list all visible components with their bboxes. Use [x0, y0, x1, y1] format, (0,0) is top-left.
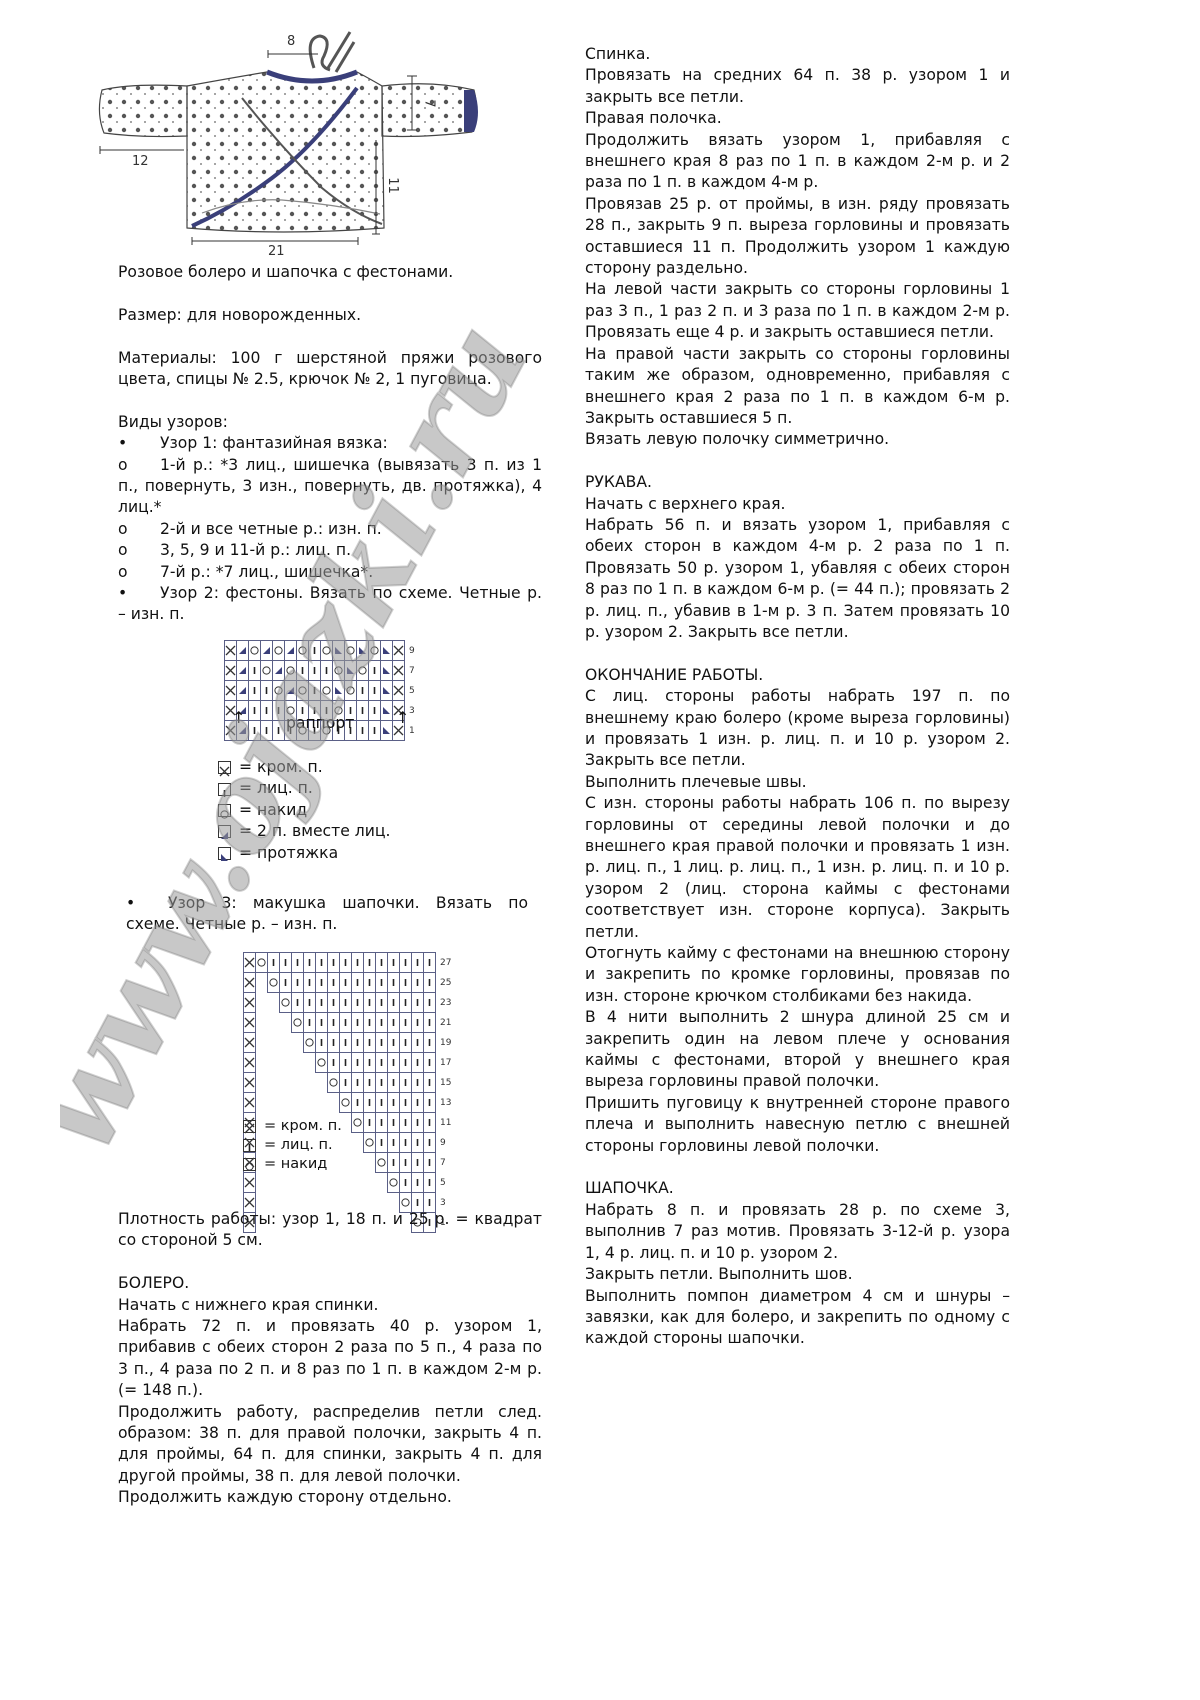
edge-stitch-icon — [393, 681, 405, 701]
knit-stitch-icon — [412, 1053, 424, 1073]
knit-stitch-icon — [424, 1173, 436, 1193]
right-front-paragraphs: Продолжить вязать узором 1, прибавляя с … — [585, 130, 1010, 451]
knit-stitch-icon — [400, 1113, 412, 1133]
legend-item: = протяжка — [218, 843, 390, 864]
right-front-heading: Правая полочка. — [585, 108, 1010, 129]
row-number: 15 — [436, 1073, 455, 1093]
knit-stitch-icon — [340, 973, 352, 993]
row-number: 17 — [436, 1053, 455, 1073]
yarn-over-icon — [285, 661, 297, 681]
ssk-icon — [357, 641, 369, 661]
pattern3-block: •Узор 3: макушка шапочки. Вязать по схем… — [126, 893, 528, 936]
knit-stitch-icon — [316, 1013, 328, 1033]
yarn-over-icon — [345, 641, 357, 661]
sub-bullet-icon: o — [118, 519, 160, 540]
knit-stitch-icon — [243, 1139, 256, 1152]
ssk-icon — [381, 641, 393, 661]
row-number: 9 — [405, 641, 424, 661]
knit-stitch-icon — [424, 1033, 436, 1053]
sub-bullet-icon: o — [118, 562, 160, 583]
k2tog-icon — [285, 681, 297, 701]
knit-stitch-icon — [424, 1093, 436, 1113]
knit-stitch-icon — [364, 1113, 376, 1133]
knit-stitch-icon — [400, 993, 412, 1013]
edge-stitch-icon — [244, 1173, 256, 1193]
pattern-list-item: o3, 5, 9 и 11-й р.: лиц. п. — [118, 540, 542, 561]
sleeves-heading: РУКАВА. — [585, 472, 1010, 493]
finishing-paragraphs: С лиц. стороны работы набрать 197 п. по … — [585, 686, 1010, 1157]
pattern3-text: •Узор 3: макушка шапочки. Вязать по схем… — [126, 893, 528, 936]
knit-stitch-icon — [424, 1153, 436, 1173]
row-number: 23 — [436, 993, 455, 1013]
yarn-over-icon — [357, 661, 369, 681]
knit-stitch-icon — [364, 1013, 376, 1033]
bolero-block: Плотность работы: узор 1, 18 п. и 25 р. … — [118, 1209, 542, 1509]
knit-stitch-icon — [376, 1113, 388, 1133]
paragraph: С изн. стороны работы набрать 106 п. по … — [585, 793, 1010, 943]
yarn-over-icon — [218, 804, 231, 817]
knit-stitch-icon — [369, 661, 381, 681]
knit-stitch-icon — [352, 1053, 364, 1073]
knit-stitch-icon — [400, 1093, 412, 1113]
paragraph: Набрать 72 п. и провязать 40 р. узором 1… — [118, 1316, 542, 1402]
yarn-over-icon — [292, 1013, 304, 1033]
rapport-label: раппорт — [286, 714, 354, 732]
knit-stitch-icon — [357, 681, 369, 701]
paragraph: Провязать на средних 64 п. 38 р. узором … — [585, 65, 1010, 108]
pattern-list-item: o2-й и все четные р.: изн. п. — [118, 519, 542, 540]
k2tog-icon — [273, 661, 285, 681]
bullet-icon: • — [118, 583, 160, 604]
k2tog-icon — [285, 641, 297, 661]
knit-stitch-icon — [376, 1073, 388, 1093]
bolero-illustration: 8 7 12 11 21 — [92, 28, 492, 260]
knit-stitch-icon — [376, 1133, 388, 1153]
knit-stitch-icon — [340, 1053, 352, 1073]
knit-stitch-icon — [412, 953, 424, 973]
right-column: Спинка. Провязать на средних 64 п. 38 р.… — [585, 44, 1010, 1350]
yarn-over-icon — [249, 641, 261, 661]
knit-stitch-icon — [376, 1053, 388, 1073]
knit-stitch-icon — [340, 993, 352, 1013]
back-paragraphs: Провязать на средних 64 п. 38 р. узором … — [585, 65, 1010, 108]
yarn-over-icon — [304, 1033, 316, 1053]
dimension-width: 21 — [268, 244, 285, 259]
paragraph: Продолжить вязать узором 1, прибавляя с … — [585, 130, 1010, 194]
knit-stitch-icon — [388, 1153, 400, 1173]
knit-stitch-icon — [309, 661, 321, 681]
knit-stitch-icon — [388, 953, 400, 973]
row-number: 11 — [436, 1113, 455, 1133]
knit-stitch-icon — [400, 1153, 412, 1173]
pattern-list-text: 2-й и все четные р.: изн. п. — [160, 520, 382, 538]
knit-stitch-icon — [297, 661, 309, 681]
knit-stitch-icon — [364, 1093, 376, 1113]
knit-stitch-icon — [424, 1133, 436, 1153]
knit-stitch-icon — [280, 953, 292, 973]
dimension-neck: 8 — [287, 34, 295, 49]
sub-bullet-icon: o — [118, 455, 160, 476]
paragraph: Набрать 56 п. и вязать узором 1, прибавл… — [585, 515, 1010, 643]
knit-stitch-icon — [376, 973, 388, 993]
bolero-paragraphs: Начать с нижнего края спинки.Набрать 72 … — [118, 1295, 542, 1509]
knit-stitch-icon — [388, 1053, 400, 1073]
paragraph: Выполнить помпон диаметром 4 см и шнуры … — [585, 1286, 1010, 1350]
knit-stitch-icon — [400, 1053, 412, 1073]
edge-stitch-icon — [244, 1013, 256, 1033]
knit-stitch-icon — [352, 1033, 364, 1053]
gauge-info: Плотность работы: узор 1, 18 п. и 25 р. … — [118, 1209, 542, 1252]
knit-stitch-icon — [309, 681, 321, 701]
knit-stitch-icon — [412, 993, 424, 1013]
legend-item: = кром. п. — [218, 757, 390, 778]
yarn-over-icon — [273, 641, 285, 661]
knit-stitch-icon — [316, 1033, 328, 1053]
row-number: 7 — [405, 661, 424, 681]
knit-stitch-icon — [388, 993, 400, 1013]
hat-paragraphs: Набрать 8 п. и провязать 28 р. по схеме … — [585, 1200, 1010, 1350]
sleeves-paragraphs: Начать с верхнего края.Набрать 56 п. и в… — [585, 494, 1010, 644]
yarn-over-icon — [333, 661, 345, 681]
edge-stitch-icon — [244, 1093, 256, 1113]
edge-stitch-icon — [393, 641, 405, 661]
knit-stitch-icon — [376, 1093, 388, 1113]
knit-stitch-icon — [309, 641, 321, 661]
k2tog-icon — [218, 825, 231, 838]
knit-stitch-icon — [316, 973, 328, 993]
edge-stitch-icon — [218, 761, 231, 774]
ssk-icon — [218, 847, 231, 860]
knit-stitch-icon — [328, 973, 340, 993]
edge-stitch-icon — [244, 1073, 256, 1093]
yarn-over-icon — [364, 1133, 376, 1153]
row-number: 5 — [436, 1173, 455, 1193]
pattern-list-text: 7-й р.: *7 лиц., шишечка*. — [160, 563, 373, 581]
knit-stitch-icon — [364, 953, 376, 973]
knit-stitch-icon — [328, 953, 340, 973]
knit-stitch-icon — [280, 973, 292, 993]
legend-label: = протяжка — [239, 843, 338, 864]
knit-stitch-icon — [412, 973, 424, 993]
pattern-list-item: o7-й р.: *7 лиц., шишечка*. — [118, 562, 542, 583]
arrow-up-right-icon: ↑ — [396, 708, 409, 727]
legend-item: = накид — [218, 800, 390, 821]
knit-stitch-icon — [352, 953, 364, 973]
knit-stitch-icon — [364, 1073, 376, 1093]
legend-label: = накид — [264, 1155, 327, 1174]
legend-label: = кром. п. — [239, 757, 323, 778]
ssk-icon — [381, 661, 393, 681]
knit-stitch-icon — [340, 1073, 352, 1093]
yarn-over-icon — [345, 681, 357, 701]
legend-item: = лиц. п. — [243, 1136, 342, 1155]
yarn-over-icon — [256, 953, 268, 973]
finishing-heading: ОКОНЧАНИЕ РАБОТЫ. — [585, 665, 1010, 686]
knit-stitch-icon — [388, 1133, 400, 1153]
bolero-heading: БОЛЕРО. — [118, 1273, 542, 1294]
yarn-over-icon — [297, 681, 309, 701]
pattern-list-text: 1-й р.: *3 лиц., шишечка (вывязать 3 п. … — [118, 456, 542, 517]
knit-stitch-icon — [364, 973, 376, 993]
knit-stitch-icon — [400, 1013, 412, 1033]
knit-stitch-icon — [424, 973, 436, 993]
rapport-marker: ↑ раппорт ↑ — [232, 708, 412, 738]
knit-stitch-icon — [424, 1013, 436, 1033]
knit-stitch-icon — [424, 1113, 436, 1133]
knit-stitch-icon — [400, 1133, 412, 1153]
knit-stitch-icon — [376, 1033, 388, 1053]
dimension-body-height: 11 — [385, 177, 400, 194]
edge-stitch-icon — [225, 661, 237, 681]
yarn-over-icon — [243, 1158, 256, 1171]
knit-stitch-icon — [316, 993, 328, 1013]
left-column: Розовое болеро и шапочка с фестонами. Ра… — [118, 262, 542, 626]
knit-stitch-icon — [249, 661, 261, 681]
knit-stitch-icon — [249, 681, 261, 701]
knit-stitch-icon — [400, 1033, 412, 1053]
knit-stitch-icon — [400, 1173, 412, 1193]
knit-stitch-icon — [340, 1033, 352, 1053]
knit-stitch-icon — [352, 1073, 364, 1093]
edge-stitch-icon — [244, 973, 256, 993]
knit-stitch-icon — [424, 993, 436, 1013]
knit-stitch-icon — [304, 973, 316, 993]
knit-stitch-icon — [388, 1073, 400, 1093]
knit-stitch-icon — [369, 681, 381, 701]
edge-stitch-icon — [393, 661, 405, 681]
paragraph: Выполнить плечевые швы. — [585, 772, 1010, 793]
yarn-over-icon — [321, 681, 333, 701]
yarn-over-icon — [316, 1053, 328, 1073]
knit-stitch-icon — [400, 953, 412, 973]
paragraph: Набрать 8 п. и провязать 28 р. по схеме … — [585, 1200, 1010, 1264]
yarn-over-icon — [328, 1073, 340, 1093]
knit-stitch-icon — [328, 1053, 340, 1073]
sub-bullet-icon: o — [118, 540, 160, 561]
legend-item: = 2 п. вместе лиц. — [218, 821, 390, 842]
bullet-icon: • — [118, 433, 160, 454]
ssk-icon — [381, 681, 393, 701]
knit-stitch-icon — [340, 953, 352, 973]
knit-stitch-icon — [292, 953, 304, 973]
knit-stitch-icon — [304, 953, 316, 973]
pattern-list-item: •Узор 2: фестоны. Вязать по схеме. Четны… — [118, 583, 542, 626]
yarn-over-icon — [340, 1093, 352, 1113]
knit-stitch-icon — [304, 993, 316, 1013]
legend-label: = кром. п. — [264, 1117, 342, 1136]
edge-stitch-icon — [244, 1053, 256, 1073]
pattern-list-item: •Узор 1: фантазийная вязка: — [118, 433, 542, 454]
knit-stitch-icon — [292, 973, 304, 993]
edge-stitch-icon — [225, 681, 237, 701]
knit-stitch-icon — [376, 993, 388, 1013]
paragraph: В 4 нити выполнить 2 шнура длиной 25 см … — [585, 1007, 1010, 1093]
knit-stitch-icon — [412, 1033, 424, 1053]
row-number: 27 — [436, 953, 455, 973]
knit-stitch-icon — [412, 1133, 424, 1153]
knit-stitch-icon — [412, 1073, 424, 1093]
row-number: 5 — [405, 681, 424, 701]
knit-stitch-icon — [400, 973, 412, 993]
knit-stitch-icon — [352, 1093, 364, 1113]
pattern-list-item: o1-й р.: *3 лиц., шишечка (вывязать 3 п.… — [118, 455, 542, 519]
yarn-over-icon — [261, 661, 273, 681]
knit-stitch-icon — [424, 953, 436, 973]
hat-crown-chart-legend: = кром. п.= лиц. п.= накид — [243, 1117, 342, 1174]
knit-stitch-icon — [292, 993, 304, 1013]
knit-stitch-icon — [424, 1073, 436, 1093]
pattern-title: Розовое болеро и шапочка с фестонами. — [118, 262, 542, 283]
size-info: Размер: для новорожденных. — [118, 305, 542, 326]
knit-stitch-icon — [352, 1013, 364, 1033]
edge-stitch-icon — [225, 641, 237, 661]
knit-stitch-icon — [412, 1113, 424, 1133]
paragraph: Вязать левую полочку симметрично. — [585, 429, 1010, 450]
hat-crown-chart: 27252321191715131197531 — [243, 952, 455, 1233]
ssk-icon — [333, 641, 345, 661]
yarn-over-icon — [321, 641, 333, 661]
knit-stitch-icon — [364, 1033, 376, 1053]
yarn-over-icon — [376, 1153, 388, 1173]
yarn-over-icon — [297, 641, 309, 661]
paragraph: Начать с верхнего края. — [585, 494, 1010, 515]
paragraph: Отогнуть кайму с фестонами на внешнюю ст… — [585, 943, 1010, 1007]
knit-stitch-icon — [388, 1093, 400, 1113]
k2tog-icon — [237, 661, 249, 681]
paragraph: Начать с нижнего края спинки. — [118, 1295, 542, 1316]
yarn-over-icon — [352, 1113, 364, 1133]
knit-stitch-icon — [376, 953, 388, 973]
materials-info: Материалы: 100 г шерстяной пряжи розовог… — [118, 348, 542, 391]
knit-stitch-icon — [364, 1053, 376, 1073]
row-number: 25 — [436, 973, 455, 993]
paragraph: На правой части закрыть со стороны горло… — [585, 344, 1010, 430]
paragraph: С лиц. стороны работы набрать 197 п. по … — [585, 686, 1010, 772]
edge-stitch-icon — [244, 1033, 256, 1053]
legend-item: = лиц. п. — [218, 778, 390, 799]
patterns-heading: Виды узоров: — [118, 412, 542, 433]
knit-stitch-icon — [321, 661, 333, 681]
ssk-icon — [333, 681, 345, 701]
row-number: 13 — [436, 1093, 455, 1113]
knit-stitch-icon — [316, 953, 328, 973]
paragraph: Продолжить работу, распределив петли сле… — [118, 1402, 542, 1488]
k2tog-icon — [261, 641, 273, 661]
edge-stitch-icon — [243, 1120, 256, 1133]
hat-crown-chart-grid: 27252321191715131197531 — [243, 952, 455, 1233]
knit-stitch-icon — [328, 1033, 340, 1053]
document-page: 8 7 12 11 21 Розовое болеро и шапочка с … — [0, 0, 1200, 1700]
pattern-list-text: 3, 5, 9 и 11-й р.: лиц. п. — [160, 541, 351, 559]
ssk-icon — [345, 661, 357, 681]
edge-stitch-icon — [244, 993, 256, 1013]
pattern-list-text: Узор 2: фестоны. Вязать по схеме. Четные… — [118, 584, 542, 623]
knit-stitch-icon — [352, 973, 364, 993]
paragraph: На левой части закрыть со стороны горлов… — [585, 279, 1010, 343]
legend-label: = лиц. п. — [264, 1136, 333, 1155]
edge-stitch-icon — [244, 953, 256, 973]
knit-stitch-icon — [352, 993, 364, 1013]
dimension-cuff: 7 — [422, 99, 437, 107]
paragraph: Закрыть петли. Выполнить шов. — [585, 1264, 1010, 1285]
hat-heading: ШАПОЧКА. — [585, 1178, 1010, 1199]
knit-stitch-icon — [424, 1053, 436, 1073]
knit-stitch-icon — [328, 993, 340, 1013]
knit-stitch-icon — [388, 1113, 400, 1133]
scallop-chart-legend: = кром. п.= лиц. п.= накид= 2 п. вместе … — [218, 757, 390, 864]
paragraph: Продолжить каждую сторону отдельно. — [118, 1487, 542, 1508]
legend-label: = накид — [239, 800, 307, 821]
paragraph: Провязав 25 р. от проймы, в изн. ряду пр… — [585, 194, 1010, 280]
knit-stitch-icon — [388, 1013, 400, 1033]
arrow-up-left-icon: ↑ — [232, 708, 245, 727]
knit-stitch-icon — [261, 681, 273, 701]
knit-stitch-icon — [268, 953, 280, 973]
pattern-list: •Узор 1: фантазийная вязка:o1-й р.: *3 л… — [118, 433, 542, 626]
yarn-over-icon — [273, 681, 285, 701]
knit-stitch-icon — [412, 1013, 424, 1033]
legend-item: = кром. п. — [243, 1117, 342, 1136]
row-number: 21 — [436, 1013, 455, 1033]
knit-stitch-icon — [388, 973, 400, 993]
yarn-over-icon — [268, 973, 280, 993]
bolero-sketch-icon — [92, 28, 492, 260]
knit-stitch-icon — [328, 1013, 340, 1033]
dimension-sleeve: 12 — [132, 154, 149, 169]
yarn-over-icon — [280, 993, 292, 1013]
back-heading: Спинка. — [585, 44, 1010, 65]
pattern-list-text: Узор 1: фантазийная вязка: — [160, 434, 388, 452]
legend-label: = лиц. п. — [239, 778, 313, 799]
knit-stitch-icon — [364, 993, 376, 1013]
knit-stitch-icon — [412, 1173, 424, 1193]
k2tog-icon — [237, 681, 249, 701]
row-number: 9 — [436, 1133, 455, 1153]
knit-stitch-icon — [218, 783, 231, 796]
knit-stitch-icon — [412, 1153, 424, 1173]
knit-stitch-icon — [376, 1013, 388, 1033]
k2tog-icon — [237, 641, 249, 661]
row-number: 19 — [436, 1033, 455, 1053]
knit-stitch-icon — [400, 1073, 412, 1093]
yarn-over-icon — [388, 1173, 400, 1193]
yarn-over-icon — [369, 641, 381, 661]
row-number: 7 — [436, 1153, 455, 1173]
legend-label: = 2 п. вместе лиц. — [239, 821, 390, 842]
paragraph: Пришить пуговицу к внутренней стороне пр… — [585, 1093, 1010, 1157]
legend-item: = накид — [243, 1155, 342, 1174]
knit-stitch-icon — [388, 1033, 400, 1053]
knit-stitch-icon — [340, 1013, 352, 1033]
knit-stitch-icon — [304, 1013, 316, 1033]
knit-stitch-icon — [412, 1093, 424, 1113]
